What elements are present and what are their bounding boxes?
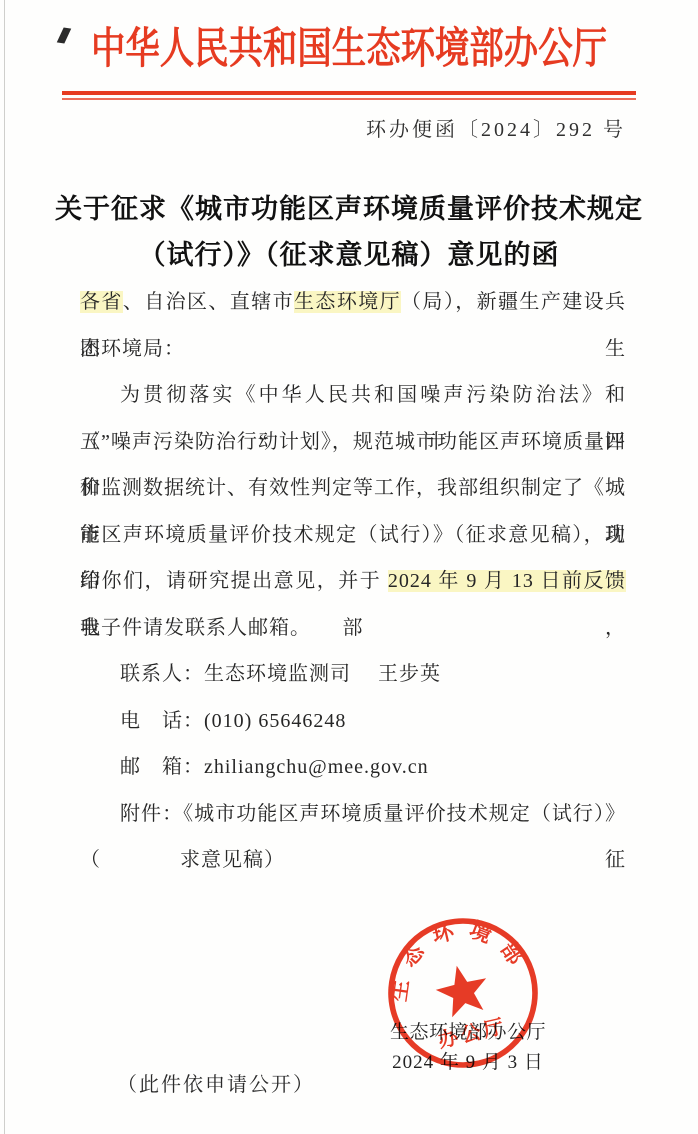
- highlighted-text: 各省: [80, 291, 123, 313]
- body-line: 五”噪声污染防治行动计划》，规范城市功能区声环境质量评价: [80, 419, 626, 466]
- text-segment: 态环境局：: [80, 338, 185, 360]
- document-number: 环办便函〔2024〕292 号: [366, 113, 626, 142]
- disclosure-note: （此件依申请公开）: [117, 1068, 315, 1097]
- body-text: 各省、自治区、直辖市生态环境厅（局），新疆生产建设兵团生态环境局：为贯彻落实《中…: [80, 279, 626, 884]
- text-segment: 、自治区、直辖市: [123, 291, 294, 313]
- seal-arc-path: [396, 926, 522, 1024]
- body-line: 为贯彻落实《中华人民共和国噪声污染防治法》和《“十四: [80, 372, 626, 419]
- scan-edge-artifact: [4, 0, 5, 1134]
- highlighted-text: 生态环境厅: [294, 291, 401, 313]
- signature-block: 生态环境部办公厅 2024 年 9 月 3 日: [357, 1018, 579, 1078]
- body-line: 联系人：生态环境监测司 王步英: [80, 651, 626, 698]
- highlighted-text: 2024 年 9 月 13 日前反馈: [388, 570, 626, 592]
- signature-date: 2024 年 9 月 3 日: [357, 1048, 579, 1078]
- document-title-line2: （试行）》（征求意见稿）意见的函: [49, 232, 649, 278]
- star-icon: [432, 960, 493, 1020]
- red-separator-thick: [62, 91, 636, 95]
- body-line: 给你们，请研究提出意见，并于 2024 年 9 月 13 日前反馈我部，: [80, 558, 626, 605]
- body-line: 附件：《城市功能区声环境质量评价技术规定（试行）》（征: [80, 791, 626, 838]
- seal-arc-text: 生态环境部: [383, 913, 537, 1008]
- body-line: 邮 箱：zhiliangchu@mee.gov.cn: [80, 744, 626, 791]
- document-title-line1: 关于征求《城市功能区声环境质量评价技术规定: [49, 186, 649, 232]
- body-line: 能区声环境质量评价技术规定（试行）》（征求意见稿），现印送: [80, 512, 626, 559]
- letterhead-title: 中华人民共和国生态环境部办公厅: [70, 22, 628, 78]
- text-segment: 电 话：(010) 65646248: [120, 710, 346, 732]
- text-segment: 电子件请发联系人邮箱。: [80, 617, 311, 639]
- body-line: 和监测数据统计、有效性判定等工作，我部组织制定了《城市功: [80, 465, 626, 512]
- text-segment: 联系人：生态环境监测司 王步英: [120, 663, 441, 685]
- text-segment: 给你们，请研究提出意见，并于: [80, 570, 388, 592]
- signer-name: 生态环境部办公厅: [357, 1018, 579, 1048]
- document-title: 关于征求《城市功能区声环境质量评价技术规定 （试行）》（征求意见稿）意见的函: [49, 186, 649, 278]
- text-segment: 邮 箱：zhiliangchu@mee.gov.cn: [120, 756, 429, 778]
- body-line: 电 话：(010) 65646248: [80, 698, 626, 745]
- body-line: 各省、自治区、直辖市生态环境厅（局），新疆生产建设兵团生: [80, 279, 626, 326]
- text-segment: 求意见稿）: [180, 849, 285, 871]
- text-segment: 附件：《城市功能区声环境质量评价技术规定（试行）》（征: [80, 803, 626, 872]
- red-separator-thin: [62, 98, 636, 100]
- document-page: 中华人民共和国生态环境部办公厅 环办便函〔2024〕292 号 关于征求《城市功…: [0, 0, 698, 1134]
